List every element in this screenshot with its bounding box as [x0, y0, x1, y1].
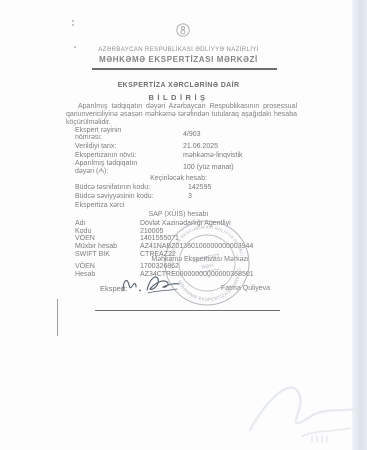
field-label: VÖEN: [75, 235, 140, 242]
ministry-name: AZƏRBAYCAN RESPUBLİKASI ƏDLİYYƏ NAZİRLİY…: [20, 47, 337, 53]
field-value: 142595: [188, 184, 211, 191]
scan-artifact: [72, 20, 74, 22]
official-round-stamp: AZƏRBAYCAN RESPUBLİKASI ƏDLİYYƏ NAZİRLİY…: [155, 211, 259, 315]
field-row-budget-level: Büdcə səviyyəsinin kodu: 3: [75, 193, 315, 200]
document-subtitle: BİLDİRİŞ: [20, 93, 337, 102]
field-row-budget-classification: Büdcə təsnifatının kodu: 142595: [75, 184, 315, 191]
field-label: Aparılmış tədqiqatın dəyəri (₼):: [75, 160, 149, 174]
scan-fold-line: [57, 299, 58, 336]
sap-account-heading: SAP (XÜİS) hesabı: [20, 211, 337, 218]
watermark-signature: [242, 372, 364, 448]
field-value: məhkəmə-linqvistik: [183, 152, 243, 159]
field-value: 4/903: [183, 131, 201, 138]
document-title: EKSPERTİZA XƏRCLƏRİNƏ DAİR: [20, 82, 337, 89]
field-row-report-number: Ekspert rəyinin nömrəsi: 4/903: [75, 127, 315, 141]
field-row-expertise-fee: Ekspertiza xərci: [75, 202, 315, 209]
justice-ministry-emblem: [176, 23, 190, 42]
svg-text:MƏHKƏMƏ EKSPERTİZASI MƏRKƏZİ: MƏHKƏMƏ EKSPERTİZASI MƏRKƏZİ: [176, 267, 247, 307]
transfer-account-heading: Keçiriləcək hesab:: [20, 175, 337, 182]
center-name: MƏHKƏMƏ EKSPERTİZASI MƏRKƏZİ: [20, 55, 337, 64]
field-row-issue-date: Verildiyi tarix: 21.06.2025: [75, 143, 315, 150]
field-label: Verildiyi tarix:: [75, 143, 149, 150]
stamp-center-line2: RƏYİ: [201, 262, 214, 271]
field-row-research-cost: Aparılmış tədqiqatın dəyəri (₼): 100 (yü…: [75, 160, 315, 174]
field-label: Ekspertizanın növü:: [75, 152, 149, 159]
field-value: 3: [188, 193, 192, 200]
field-label: Adı: [75, 220, 140, 227]
stamp-center-line1: EKSPERT: [192, 254, 221, 265]
field-label: Büdcə təsnifatının kodu:: [75, 184, 188, 191]
field-label: Büdcə səviyyəsinin kodu:: [75, 193, 188, 200]
field-label: Ekspertiza xərci: [75, 202, 188, 209]
field-label: Müxbir hesab: [75, 243, 140, 250]
expertise-details-table: Ekspert rəyinin nömrəsi: 4/903 Verildiyi…: [75, 127, 315, 176]
field-label: Ekspert rəyinin nömrəsi:: [75, 127, 149, 141]
field-value: 21.06.2025: [183, 143, 218, 150]
svg-text:★: ★: [208, 274, 213, 279]
stamp-rim-bottom-text: MƏHKƏMƏ EKSPERTİZASI MƏRKƏZİ: [176, 267, 247, 307]
field-label: VÖEN: [75, 263, 140, 270]
intro-paragraph: Aparılmış tədqiqatın dəyəri Azərbaycan R…: [66, 103, 297, 126]
field-row-expertise-type: Ekspertizanın növü: məhkəmə-linqvistik: [75, 152, 315, 159]
field-label: Kodu: [75, 228, 140, 235]
letterhead-divider: [92, 68, 277, 70]
field-value: 100 (yüz manat): [183, 164, 234, 171]
scanned-document-page: AZƏRBAYCAN RESPUBLİKASI ƏDLİYYƏ NAZİRLİY…: [0, 0, 367, 450]
budget-codes-table: Büdcə təsnifatının kodu: 142595 Büdcə sə…: [75, 184, 315, 211]
